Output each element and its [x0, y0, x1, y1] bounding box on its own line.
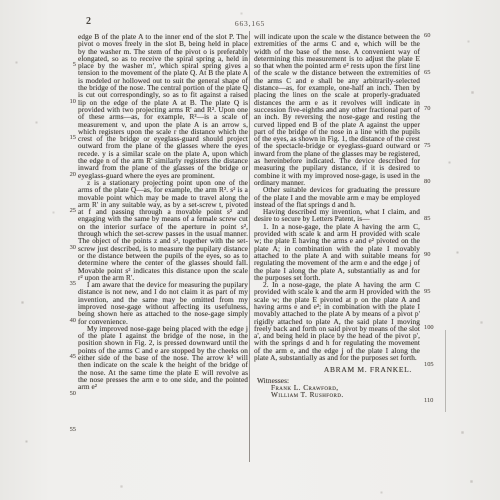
line-number: 10: [63, 99, 76, 105]
line-number: 80: [424, 179, 440, 185]
line-number: 65: [424, 70, 440, 76]
line-number: 55: [63, 427, 76, 433]
paragraph: 2. In a nose-gage, the plate A having th…: [254, 281, 420, 361]
column-divider-rule: [249, 31, 250, 462]
line-number: 50: [63, 391, 76, 397]
page-number: 2: [86, 16, 92, 27]
line-number: 100: [424, 325, 440, 331]
scan-noise: [0, 0, 1, 1]
paragraph: edge B of the plate A to the inner end o…: [78, 33, 248, 179]
line-number: 90: [424, 252, 440, 258]
line-number: 70: [424, 106, 440, 112]
paragraph: z is a stationary projecting point upon …: [78, 179, 248, 281]
right-column-paragraphs: will indicate upon the scale w the dista…: [254, 33, 420, 361]
line-number: 95: [424, 289, 440, 295]
paragraph: Other suitable devices for graduating th…: [254, 186, 420, 208]
line-number: 5: [63, 62, 76, 68]
witness-list: Frank L. Crawford,William T. Rushford.: [254, 384, 420, 399]
witness-name: William T. Rushford.: [254, 391, 420, 398]
paragraph: will indicate upon the scale w the dista…: [254, 33, 420, 186]
inventor-signature: ABRAM M. FRANKEL.: [254, 366, 420, 373]
left-text-column: edge B of the plate A to the inner end o…: [78, 33, 248, 391]
line-number: 75: [424, 143, 440, 149]
line-number: 85: [424, 216, 440, 222]
line-number: 30: [63, 245, 76, 251]
patent-number: 663,165: [205, 19, 295, 28]
line-number: 105: [424, 362, 440, 368]
line-number: 40: [63, 318, 76, 324]
paragraph: 1. In a nose-gage, the plate A having th…: [254, 223, 420, 281]
line-number: 25: [63, 208, 76, 214]
paragraph: My improved nose-gage being placed with …: [78, 325, 248, 391]
paragraph: I am aware that the device for measuring…: [78, 281, 248, 325]
line-number: 35: [63, 281, 76, 287]
line-number: 60: [424, 33, 440, 39]
line-number: 15: [63, 135, 76, 141]
patent-page-scan: 2 663,165 510152025303540455055 edge B o…: [0, 0, 500, 500]
line-number: 110: [424, 398, 440, 404]
right-text-column: will indicate upon the scale w the dista…: [254, 33, 420, 399]
scan-artifact-line: [445, 330, 446, 412]
line-number: 20: [63, 172, 76, 178]
line-number: 45: [63, 354, 76, 360]
paragraph: Having described my invention, what I cl…: [254, 208, 420, 223]
